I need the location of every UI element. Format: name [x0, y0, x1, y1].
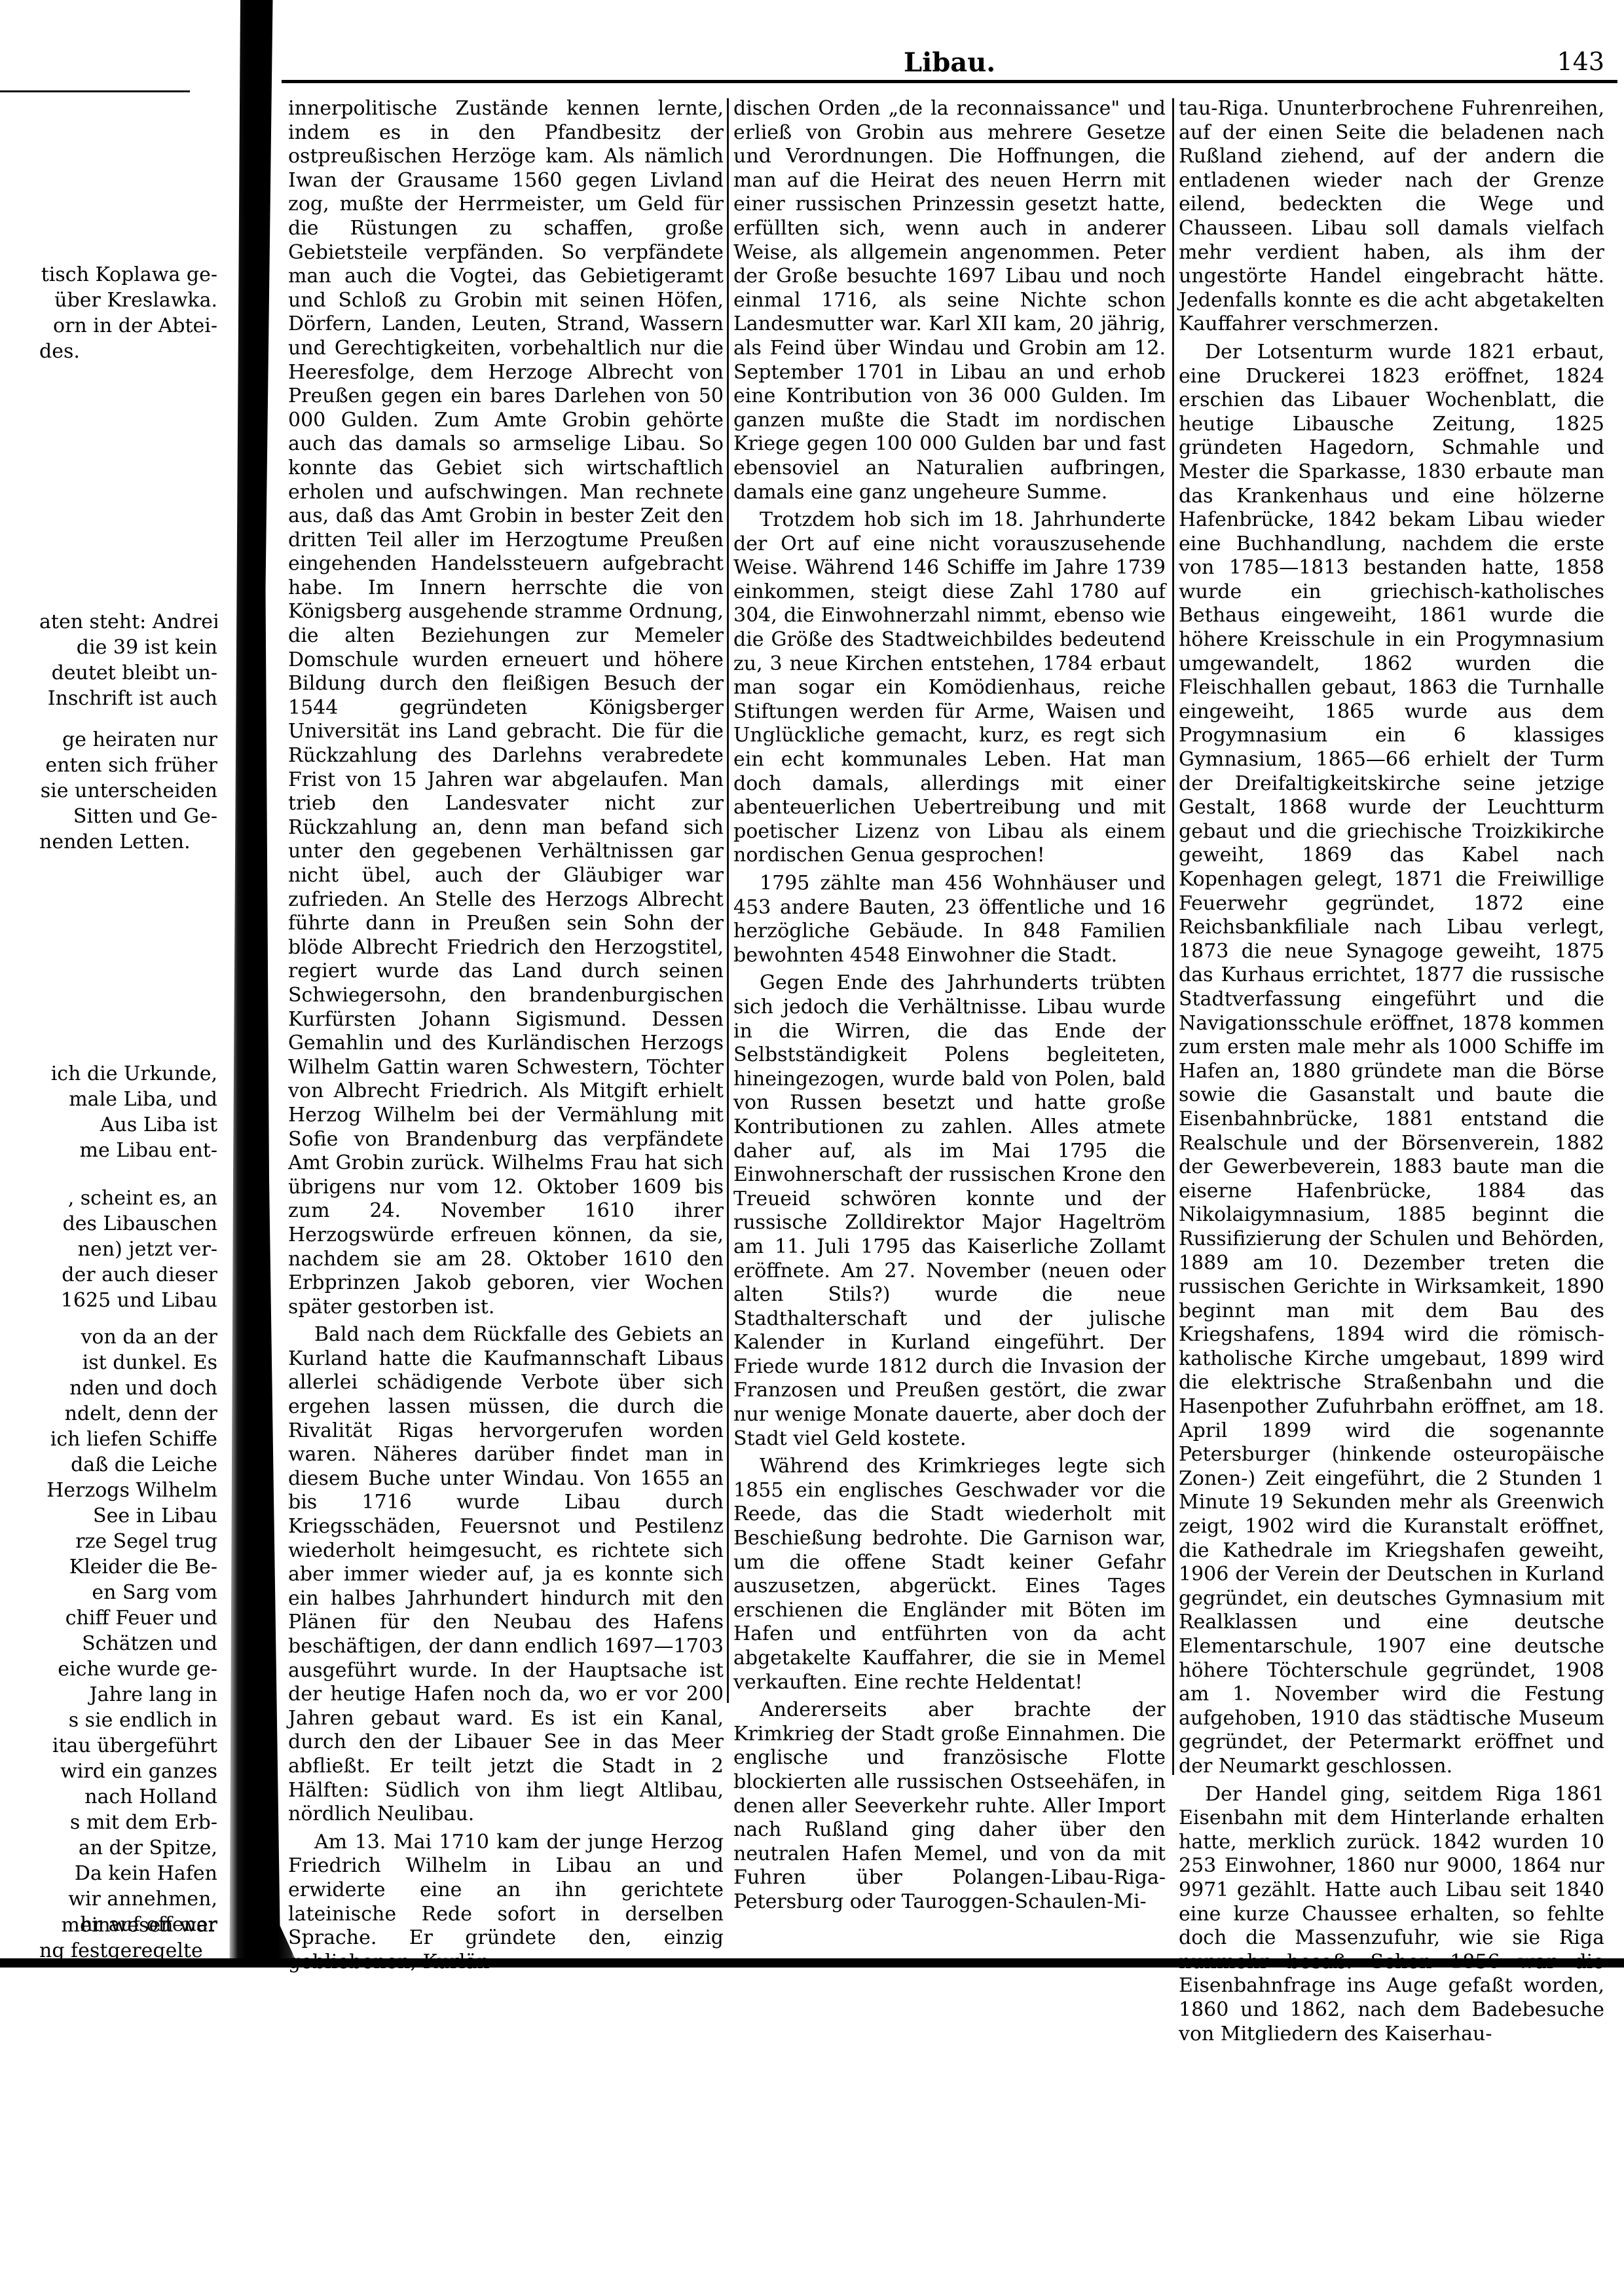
- fragment-line: von da an der: [39, 1324, 217, 1350]
- fragment-line: nach Holland: [39, 1784, 217, 1810]
- fragment-line: ndelt, denn der: [39, 1401, 217, 1427]
- fragment-line: See in Libau: [39, 1503, 217, 1529]
- fragment-line: Da kein Hafen: [39, 1861, 217, 1886]
- fragment-line: s mit dem Erb-: [39, 1810, 217, 1835]
- page-bottom-edge: [0, 1958, 1624, 1968]
- paragraph: 1795 zählte man 456 Wohnhäuser und 453 a…: [733, 872, 1166, 967]
- paragraph: Der Lotsenturm wurde 1821 erbaut, eine D…: [1179, 341, 1604, 1779]
- fragment-line: Herzogs Wilhelm: [39, 1478, 217, 1503]
- fragment-line: rze Segel trug: [39, 1529, 217, 1554]
- paragraph: dischen Orden „de la reconnaissance" und…: [733, 97, 1166, 504]
- paragraph: Bald nach dem Rückfalle des Gebiets an K…: [288, 1323, 724, 1826]
- fragment-line: Schätzen und: [39, 1631, 217, 1656]
- fragment-line: eiche wurde ge-: [39, 1656, 217, 1682]
- paragraph: tau-Riga. Ununterbrochene Fuhrenreihen, …: [1179, 97, 1604, 337]
- header-rule: [282, 80, 1617, 83]
- column-rule: [727, 98, 729, 1703]
- text-column-2: dischen Orden „de la reconnaissance" und…: [733, 97, 1166, 1918]
- fragment-line: Kleider die Be-: [39, 1554, 217, 1580]
- fragment-line: ich liefen Schiffe: [39, 1427, 217, 1452]
- fragment-line: s sie endlich in: [39, 1707, 217, 1733]
- fragment-line: nden und doch: [39, 1375, 217, 1401]
- paragraph: Der Handel ging, seitdem Riga 1861 Eisen…: [1179, 1783, 1604, 2047]
- paragraph: innerpolitische Zustände kennen lernte, …: [288, 97, 724, 1319]
- left-text-block: von da an derist dunkel. Esnden und doch…: [39, 1324, 217, 1937]
- fragment-line: an der Spitze,: [39, 1835, 217, 1861]
- fragment-line: en Sarg vom: [39, 1580, 217, 1605]
- paragraph: Am 13. Mai 1710 kam der junge Herzog Fri…: [288, 1831, 724, 1975]
- book-page: Libau. 143 innerpolitische Zustände kenn…: [282, 0, 1624, 1958]
- fragment-line: ist dunkel. Es: [39, 1350, 217, 1375]
- adjacent-page-fragment: tisch Koplawa ge- über Kreslawka. orn in…: [0, 0, 226, 1965]
- left-text-block: tisch Koplawa ge- über Kreslawka. orn in…: [39, 262, 217, 364]
- fragment-line: chiff Feuer und: [39, 1605, 217, 1631]
- text-column-1: innerpolitische Zustände kennen lernte, …: [288, 97, 724, 1978]
- fragment-line: Jahre lang in: [39, 1682, 217, 1707]
- paragraph: Gegen Ende des Jahrhunderts trübten sich…: [733, 971, 1166, 1451]
- fragment-line: wird ein ganzes: [39, 1759, 217, 1784]
- left-text-block: ge heiraten nur enten sich früher sie un…: [39, 727, 217, 855]
- fragment-line: itau übergeführt: [39, 1733, 217, 1759]
- fragment-line: daß die Leiche: [39, 1452, 217, 1478]
- left-text-block: , scheint es, an des Libauschen nen) jet…: [39, 1185, 217, 1313]
- left-page-head-rule: [0, 90, 190, 92]
- left-text-block: meinwesen war ng festgeregelte: [39, 1912, 217, 1964]
- paragraph: Während des Krimkrieges legte sich 1855 …: [733, 1455, 1166, 1694]
- left-text-block: aten steht: Andrei die 39 ist kein deute…: [39, 609, 217, 711]
- page-number: 143: [1557, 47, 1604, 76]
- paragraph: Andererseits aber brachte der Krimkrieg …: [733, 1698, 1166, 1914]
- column-rule: [1172, 98, 1174, 1775]
- running-title: Libau.: [904, 47, 995, 78]
- paragraph: Trotzdem hob sich im 18. Jahrhunderte de…: [733, 508, 1166, 868]
- running-head: Libau. 143: [282, 41, 1624, 80]
- left-text-block: ich die Urkunde, male Liba, und Aus Liba…: [39, 1061, 217, 1163]
- fragment-line: wir annehmen,: [39, 1886, 217, 1912]
- text-column-3: tau-Riga. Ununterbrochene Fuhrenreihen, …: [1179, 97, 1604, 2050]
